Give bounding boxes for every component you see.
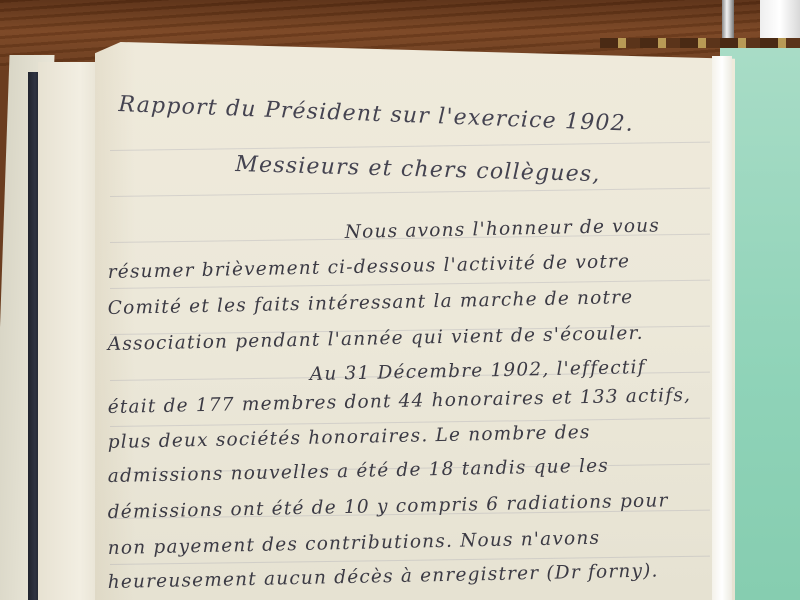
page-right-edge — [712, 56, 732, 600]
book-cover-edge — [600, 38, 800, 48]
photo-scene: Rapport du Président sur l'exercice 1902… — [0, 0, 800, 600]
